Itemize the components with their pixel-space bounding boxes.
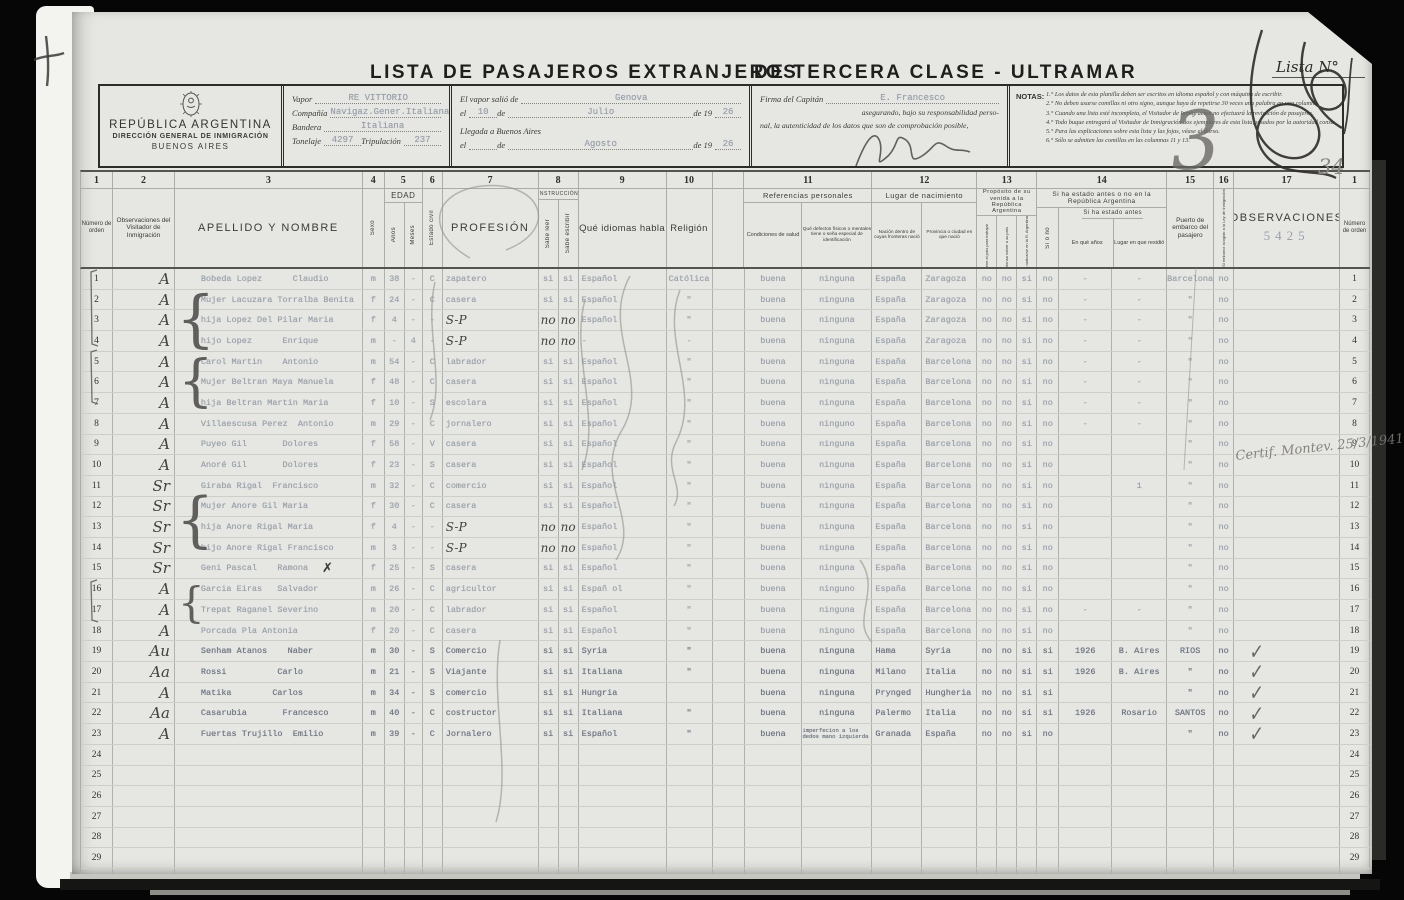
cell-r: si	[539, 435, 559, 455]
cell-numR: 23	[1340, 724, 1370, 744]
cell-y: 39	[385, 724, 405, 744]
cell-mark: A	[113, 269, 175, 289]
cell-c16: no	[1214, 352, 1234, 372]
cell-ec: C	[423, 269, 443, 289]
cell-ec	[423, 828, 443, 848]
cell-rel: "	[667, 703, 713, 723]
cell-numL: 17	[81, 600, 113, 620]
header-puerto: Puerto de embarco del pasajero	[1167, 217, 1213, 240]
cell-r	[539, 786, 559, 806]
cell-p2	[997, 848, 1017, 868]
salio-puerto: Genova	[521, 93, 741, 104]
cell-c16	[1214, 828, 1234, 848]
cell-port: "	[1167, 290, 1214, 310]
cell-lang: Español	[579, 435, 667, 455]
cell-w	[559, 745, 579, 765]
cell-prov: Syria	[922, 641, 977, 661]
cell-y: 54	[385, 352, 405, 372]
cell-nac	[872, 807, 922, 827]
cell-gap	[713, 766, 745, 786]
cell-p1: no	[977, 497, 997, 517]
cell-gap	[713, 848, 745, 868]
cell-p1: no	[977, 662, 997, 682]
cell-been: no	[1037, 290, 1059, 310]
cell-lang	[579, 786, 667, 806]
cell-name: Matika Carlos	[175, 683, 363, 703]
cell-c16	[1214, 786, 1234, 806]
cell-y: 4	[385, 310, 405, 330]
cell-r: no	[539, 331, 559, 351]
cell-ec: S	[423, 683, 443, 703]
cell-obs	[1234, 559, 1340, 579]
cell-yb	[1059, 579, 1112, 599]
cell-lang: Español	[579, 414, 667, 434]
cell-rel: "	[667, 290, 713, 310]
cell-yb: -	[1059, 600, 1112, 620]
ano-salida: 26	[715, 107, 741, 118]
cell-pb	[1112, 828, 1167, 848]
cell-gap	[713, 310, 745, 330]
cell-sex: f	[363, 621, 385, 641]
cell-port	[1167, 828, 1214, 848]
cell-port: "	[1167, 559, 1214, 579]
table-row: 22AaCasarubia Francescom40-Ccostructorsi…	[81, 703, 1370, 724]
cell-sex: m	[363, 662, 385, 682]
cell-prof	[443, 828, 539, 848]
cell-p2: no	[997, 435, 1017, 455]
cell-port: "	[1167, 538, 1214, 558]
cell-nac: Milano	[872, 662, 922, 682]
cell-yb	[1059, 786, 1112, 806]
cell-sex	[363, 828, 385, 848]
cell-p3: si	[1017, 310, 1037, 330]
cell-prof	[443, 848, 539, 868]
cell-p3: si	[1017, 455, 1037, 475]
cell-p1: no	[977, 517, 997, 537]
cell-numL: 14	[81, 538, 113, 558]
cell-numL: 3	[81, 310, 113, 330]
cell-r	[539, 745, 559, 765]
cell-mark: A	[113, 683, 175, 703]
cell-name: Geni Pascal Ramona✗	[175, 559, 363, 579]
cell-mo: -	[405, 683, 423, 703]
cell-numL: 2	[81, 290, 113, 310]
cell-pb: -	[1112, 331, 1167, 351]
cell-r	[539, 848, 559, 868]
cell-r: si	[539, 621, 559, 641]
cell-prov: Barcelona	[922, 372, 977, 392]
cell-ec	[423, 766, 443, 786]
cell-prof: Jornalero	[443, 724, 539, 744]
cell-p3: si	[1017, 600, 1037, 620]
cell-yb: -	[1059, 290, 1112, 310]
bandera-row: Bandera Italiana	[292, 121, 441, 132]
cell-mo: -	[405, 497, 423, 517]
cell-obs	[1234, 372, 1340, 392]
cell-obs: ✓	[1234, 703, 1340, 723]
tonelaje-value: 4297	[324, 135, 361, 146]
cell-p3: si	[1017, 290, 1037, 310]
cell-gap	[713, 683, 745, 703]
table-row: 15SrGeni Pascal Ramona✗f25-ScaserasisiEs…	[81, 559, 1370, 580]
cell-gap	[713, 331, 745, 351]
cell-numL: 13	[81, 517, 113, 537]
cell-w: si	[559, 724, 579, 744]
header-prop-sub3: Si piensa radicarse en la R. Argentina	[1024, 216, 1029, 267]
cell-mo: -	[405, 476, 423, 496]
cell-prof	[443, 807, 539, 827]
cell-ec	[423, 745, 443, 765]
cell-gap	[713, 372, 745, 392]
cell-been: si	[1037, 641, 1059, 661]
cell-prov	[922, 828, 977, 848]
cell-def	[802, 828, 872, 848]
cell-def: ninguna	[802, 331, 872, 351]
cell-y: -	[385, 331, 405, 351]
cell-ec: S	[423, 393, 443, 413]
cell-numR: 20	[1340, 662, 1370, 682]
header-instruccion: INSTRUCCIÓN	[539, 189, 578, 200]
cell-def: ninguna	[802, 372, 872, 392]
cell-pb	[1112, 683, 1167, 703]
cell-nac: Hama	[872, 641, 922, 661]
cell-r: no	[539, 538, 559, 558]
cell-p2: no	[997, 517, 1017, 537]
column-number: 12	[872, 172, 977, 188]
handwritten-x-mark: ✗	[322, 561, 333, 576]
header-edad-group: EDAD Años Meses	[385, 189, 423, 267]
cell-name: Giraba Rigal Francisco	[175, 476, 363, 496]
cell-prov: España	[922, 724, 977, 744]
header-idiomas: Qué idiomas habla	[579, 223, 665, 234]
cell-def	[802, 766, 872, 786]
cell-ec: C	[423, 476, 443, 496]
cell-p2: no	[997, 372, 1017, 392]
cell-prov: Barcelona	[922, 538, 977, 558]
cell-name: Trepat Raganel Severino	[175, 600, 363, 620]
cell-mark	[113, 745, 175, 765]
cell-health: buena	[745, 641, 803, 661]
cell-been: no	[1037, 414, 1059, 434]
table-row: 2929	[81, 848, 1370, 869]
cell-nac	[872, 828, 922, 848]
cell-ec	[423, 848, 443, 868]
cell-port: SANTOS	[1167, 703, 1214, 723]
cell-health: buena	[745, 435, 803, 455]
cell-name: hijo Lopez Enrique	[175, 331, 363, 351]
cell-c16	[1214, 745, 1234, 765]
cell-mo: -	[405, 269, 423, 289]
cell-y: 21	[385, 662, 405, 682]
cell-gap	[713, 621, 745, 641]
cell-numL: 10	[81, 455, 113, 475]
cell-numR: 18	[1340, 621, 1370, 641]
cell-lang: Español	[579, 497, 667, 517]
cell-health: buena	[745, 455, 803, 475]
cell-been: no	[1037, 372, 1059, 392]
header-referencias: Referencias personales	[744, 189, 871, 203]
cell-prof: labrador	[443, 352, 539, 372]
cell-mark: A	[113, 290, 175, 310]
cell-sex: m	[363, 331, 385, 351]
cell-gap	[713, 662, 745, 682]
cell-mark: Sr	[113, 559, 175, 579]
cell-sex	[363, 848, 385, 868]
cell-c16	[1214, 766, 1234, 786]
nota-item-6: 6.° Sólo se admiten las comillas en las …	[1046, 136, 1334, 145]
cell-mo: -	[405, 455, 423, 475]
header-prop-sub1: Si viene al país para trabajar	[984, 224, 989, 267]
cell-w	[559, 848, 579, 868]
cell-lang: Español	[579, 290, 667, 310]
column-number: 14	[1037, 172, 1167, 188]
column-number: 1	[81, 172, 113, 188]
cell-prof: Viajante	[443, 662, 539, 682]
cell-health: buena	[745, 579, 803, 599]
cell-nac: España	[872, 559, 922, 579]
cell-mo: -	[405, 579, 423, 599]
cell-mo: -	[405, 538, 423, 558]
table-row: 5ACarol Martin Antoniom54-ClabradorsisiE…	[81, 352, 1370, 373]
cell-y: 4	[385, 517, 405, 537]
header-religion: Religión	[670, 223, 708, 234]
column-number: 13	[977, 172, 1037, 188]
llegada-label: Llegada a Buenos Aires	[460, 126, 544, 136]
cell-y	[385, 828, 405, 848]
cell-sex: f	[363, 497, 385, 517]
cell-gap	[713, 807, 745, 827]
cell-p1: no	[977, 372, 997, 392]
cell-nac	[872, 745, 922, 765]
cell-mark: A	[113, 435, 175, 455]
cell-numL: 1	[81, 269, 113, 289]
cell-c16: no	[1214, 600, 1234, 620]
cell-c16: no	[1214, 724, 1234, 744]
cell-p2	[997, 766, 1017, 786]
cell-p2: no	[997, 724, 1017, 744]
cell-p1	[977, 745, 997, 765]
cell-been: no	[1037, 331, 1059, 351]
header-observaciones: OBSERVACIONES	[1234, 212, 1340, 224]
cell-nac: Granada	[872, 724, 922, 744]
cell-prof: zapatero	[443, 269, 539, 289]
header-edad: EDAD	[385, 189, 422, 203]
cell-p3: si	[1017, 538, 1037, 558]
cell-port: "	[1167, 579, 1214, 599]
cell-prof: escolara	[443, 393, 539, 413]
cell-r: si	[539, 600, 559, 620]
cell-y: 25	[385, 559, 405, 579]
cell-c16	[1214, 848, 1234, 868]
cell-obs: ✓	[1234, 724, 1340, 744]
cell-lang	[579, 828, 667, 848]
cell-mark: Sr	[113, 538, 175, 558]
form-page: LISTA DE PASAJEROS EXTRANJEROS DE TERCER…	[72, 12, 1372, 874]
cell-numR: 13	[1340, 517, 1370, 537]
table-row: 7Ahija Beltran Martin Mariaf10-Sescolara…	[81, 393, 1370, 414]
cell-w: si	[559, 662, 579, 682]
cell-mo: -	[405, 703, 423, 723]
cell-yb	[1059, 724, 1112, 744]
cell-def: ninguna	[802, 600, 872, 620]
cell-def: ninguno	[802, 621, 872, 641]
org-department: DIRECCIÓN GENERAL DE INMIGRACIÓN	[108, 133, 273, 140]
cell-ec: -	[423, 310, 443, 330]
cell-prov: Barcelona	[922, 476, 977, 496]
cell-gap	[713, 745, 745, 765]
cell-port: "	[1167, 497, 1214, 517]
cell-sex	[363, 786, 385, 806]
cell-c16: no	[1214, 393, 1234, 413]
column-number: 2	[113, 172, 175, 188]
vapor-value: RE VITTORIO	[315, 93, 441, 104]
cell-obs	[1234, 786, 1340, 806]
cell-obs	[1234, 828, 1340, 848]
cell-p3: si	[1017, 352, 1037, 372]
table-row: 2626	[81, 786, 1370, 807]
org-city: BUENOS AIRES	[108, 142, 273, 151]
cell-obs: ✓	[1234, 662, 1340, 682]
header-lugar-residio: Lugar en que residió	[1114, 240, 1164, 246]
cell-port: "	[1167, 414, 1214, 434]
cell-name: hija Anore Rigal Maria	[175, 517, 363, 537]
cell-rel: "	[667, 517, 713, 537]
cell-nac: Palermo	[872, 703, 922, 723]
cell-prov: Barcelona	[922, 579, 977, 599]
cell-nac: España	[872, 372, 922, 392]
header-si-ha-estado: Si ha estado antes	[1082, 208, 1143, 219]
cell-p3: si	[1017, 393, 1037, 413]
cell-mo: -	[405, 372, 423, 392]
cell-nac: España	[872, 517, 922, 537]
cell-health: buena	[745, 517, 803, 537]
cell-pb	[1112, 745, 1167, 765]
cell-prof: S-P	[443, 331, 539, 351]
header-lugar-nacimiento: Lugar de nacimiento	[872, 189, 976, 203]
cell-lang: Españ ol	[579, 579, 667, 599]
cell-p1: no	[977, 435, 997, 455]
de-label-2: de	[497, 140, 508, 150]
cell-r: no	[539, 310, 559, 330]
cell-r: si	[539, 352, 559, 372]
cell-gap	[713, 828, 745, 848]
cell-port: "	[1167, 372, 1214, 392]
cell-y	[385, 745, 405, 765]
cell-lang: Español	[579, 476, 667, 496]
cell-name	[175, 786, 363, 806]
cell-port: "	[1167, 310, 1214, 330]
cell-numL: 21	[81, 683, 113, 703]
cell-gap	[713, 414, 745, 434]
cell-gap	[713, 497, 745, 517]
cell-p3: si	[1017, 414, 1037, 434]
cell-p2: no	[997, 497, 1017, 517]
cell-yb: -	[1059, 393, 1112, 413]
cell-r	[539, 766, 559, 786]
cell-w: no	[559, 538, 579, 558]
cell-been: no	[1037, 435, 1059, 455]
cell-gap	[713, 641, 745, 661]
cell-p1: no	[977, 641, 997, 661]
cell-mo: -	[405, 393, 423, 413]
header-num-orden: Número de orden	[81, 221, 112, 235]
cell-been: no	[1037, 476, 1059, 496]
cell-pb: -	[1112, 414, 1167, 434]
scanned-passenger-list: LISTA DE PASAJEROS EXTRANJEROS DE TERCER…	[0, 0, 1404, 900]
cell-prof: Comercio	[443, 641, 539, 661]
handwritten-check-mark: ✓	[1249, 641, 1264, 661]
cell-obs	[1234, 352, 1340, 372]
cell-been: no	[1037, 352, 1059, 372]
cell-sex: m	[363, 683, 385, 703]
cell-c16	[1214, 807, 1234, 827]
captain-statement-1: asegurando, bajo su responsabilidad pers…	[760, 108, 999, 117]
cell-been: no	[1037, 517, 1059, 537]
column-number: 15	[1167, 172, 1214, 188]
cell-c16: no	[1214, 559, 1234, 579]
cell-p1: no	[977, 703, 997, 723]
cell-r: si	[539, 414, 559, 434]
cell-pb	[1112, 559, 1167, 579]
cell-rel	[667, 766, 713, 786]
cell-p3: si	[1017, 641, 1037, 661]
cell-obs: ✓	[1234, 683, 1340, 703]
cell-yb	[1059, 517, 1112, 537]
cell-ec: -	[423, 538, 443, 558]
cell-numR: 19	[1340, 641, 1370, 661]
cell-rel: "	[667, 435, 713, 455]
salio-label: El vapor salió de	[460, 94, 521, 104]
cell-numL: 4	[81, 331, 113, 351]
cell-port	[1167, 766, 1214, 786]
cell-r: si	[539, 290, 559, 310]
cell-sex: f	[363, 559, 385, 579]
cell-mark: A	[113, 331, 175, 351]
cell-p2	[997, 745, 1017, 765]
cell-numR: 11	[1340, 476, 1370, 496]
cell-w: no	[559, 310, 579, 330]
cell-numL: 15	[81, 559, 113, 579]
cell-port: "	[1167, 621, 1214, 641]
cell-r: si	[539, 372, 559, 392]
compania-row: Compañía Navigaz.Gener.Italiana	[292, 107, 441, 118]
cell-numL: 28	[81, 828, 113, 848]
cell-w: no	[559, 331, 579, 351]
cell-port: "	[1167, 393, 1214, 413]
cell-rel: "	[667, 393, 713, 413]
header-profesion: PROFESIÓN	[451, 222, 529, 234]
cell-y: 3	[385, 538, 405, 558]
cell-numR: 27	[1340, 807, 1370, 827]
cell-p2: no	[997, 641, 1017, 661]
cell-p3: si	[1017, 579, 1037, 599]
cell-numR: 10	[1340, 455, 1370, 475]
table-row: 8AVillaescusa Perez Antoniom29-Cjornaler…	[81, 414, 1370, 435]
cell-numL: 6	[81, 372, 113, 392]
cell-r: si	[539, 476, 559, 496]
cell-prof: casera	[443, 290, 539, 310]
cell-been	[1037, 848, 1059, 868]
tonelaje-label: Tonelaje	[292, 136, 324, 146]
cell-r: si	[539, 703, 559, 723]
cell-ec: C	[423, 703, 443, 723]
cell-w: si	[559, 352, 579, 372]
column-number: 5	[385, 172, 423, 188]
cell-pb: -	[1112, 310, 1167, 330]
cell-numL: 20	[81, 662, 113, 682]
cell-mo	[405, 828, 423, 848]
cell-prov: Barcelona	[922, 393, 977, 413]
